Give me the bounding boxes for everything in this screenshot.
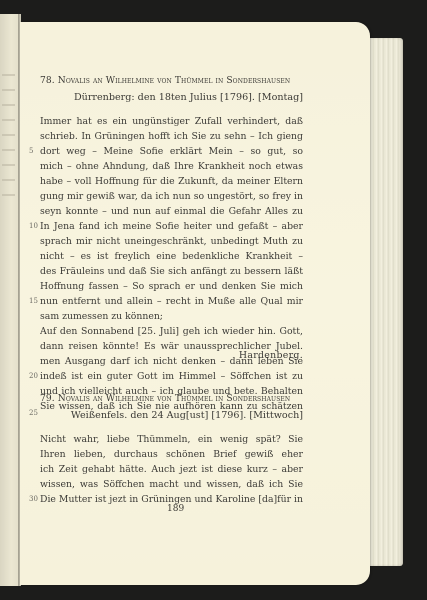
line-text: schrieb. In Grüningen hofft ich Sie zu s… — [40, 129, 303, 144]
text-line: Hoffnung fassen – So sprach er und denke… — [40, 279, 303, 294]
line-number: 5 — [29, 144, 33, 159]
line-text: wissen, was Söffchen macht und wissen, d… — [40, 477, 303, 492]
text-line: sprach mir nicht uneingeschränkt, unbedi… — [40, 234, 303, 249]
line-text: Auf den Sonnabend [25. Juli] geh ich wie… — [40, 324, 303, 339]
facing-page-edge — [0, 14, 19, 586]
text-line: wissen, was Söffchen macht und wissen, d… — [40, 477, 303, 492]
line-text: In Jena fand ich meine Sofie heiter und … — [40, 219, 303, 234]
line-text: des Fräuleins und daß Sie sich anfängt z… — [40, 264, 303, 279]
letter-number: 79. — [40, 394, 55, 404]
text-line: 20indeß ist ein guter Gott im Himmel – S… — [40, 369, 303, 384]
text-line: nicht – es ist freylich eine bedenkliche… — [40, 249, 303, 264]
line-text: Ihren lieben, durchaus schönen Brief gew… — [40, 447, 303, 462]
letter-heading-79: 79. Novalis an Wilhelmine von Thümmel in… — [40, 394, 290, 404]
line-text: nun entfernt und allein – recht in Muße … — [40, 294, 303, 309]
text-line: des Fräuleins und daß Sie sich anfängt z… — [40, 264, 303, 279]
line-text: sprach mir nicht uneingeschränkt, unbedi… — [40, 234, 303, 249]
dateline-79: Weißenfels. den 24 Aug[ust] [1796]. [Mit… — [71, 410, 303, 421]
text-line: Auf den Sonnabend [25. Juli] geh ich wie… — [40, 324, 303, 339]
line-text: mich – ohne Ahndung, daß Ihre Krankheit … — [40, 159, 303, 174]
line-text: sam zumessen zu können; — [40, 309, 303, 324]
signature: Hardenberg. — [239, 350, 303, 361]
line-text: ich Zeit gehabt hätte. Auch jezt ist die… — [40, 462, 303, 477]
text-line: Ihren lieben, durchaus schönen Brief gew… — [40, 447, 303, 462]
text-line: ich Zeit gehabt hätte. Auch jezt ist die… — [40, 462, 303, 477]
ghost-text — [2, 164, 15, 166]
letter-heading-78: 78. Novalis an Wilhelmine von Thümmel in… — [40, 76, 290, 86]
letter-title: Novalis an Wilhelmine von Thümmel in Son… — [58, 394, 290, 404]
line-text: seyn konnte – und nun auf einmal die Gef… — [40, 204, 303, 219]
text-line: Immer hat es ein ungünstiger Zufall verh… — [40, 114, 303, 129]
letter-title: Novalis an Wilhelmine von Thümmel in Son… — [58, 76, 290, 86]
text-line: schrieb. In Grüningen hofft ich Sie zu s… — [40, 129, 303, 144]
letter-79-body: Nicht wahr, liebe Thümmeln, ein wenig sp… — [40, 432, 303, 507]
line-text: gung mir gewiß war, da ich nun so ungest… — [40, 189, 303, 204]
dateline-78: Dürrenberg: den 18ten Julius [1796]. [Mo… — [74, 92, 303, 103]
line-text: Hoffnung fassen – So sprach er und denke… — [40, 279, 303, 294]
letter-78-body: Immer hat es ein ungünstiger Zufall verh… — [40, 114, 303, 414]
ghost-text — [2, 134, 15, 136]
text-line: 10In Jena fand ich meine Sofie heiter un… — [40, 219, 303, 234]
line-text: indeß ist ein guter Gott im Himmel – Söf… — [40, 369, 303, 384]
ghost-text — [2, 149, 15, 151]
line-text: Nicht wahr, liebe Thümmeln, ein wenig sp… — [40, 432, 303, 447]
text-line: gung mir gewiß war, da ich nun so ungest… — [40, 189, 303, 204]
ghost-text — [2, 104, 15, 106]
text-line: 15nun entfernt und allein – recht in Muß… — [40, 294, 303, 309]
ghost-text — [2, 119, 15, 121]
ghost-text — [2, 74, 15, 76]
letter-number: 78. — [40, 76, 55, 86]
text-line: 5dort weg – Meine Sofie erklärt Mein – s… — [40, 144, 303, 159]
line-number: 25 — [29, 406, 38, 421]
text-line: habe – voll Hoffnung für die Zukunft, da… — [40, 174, 303, 189]
ghost-text — [2, 194, 15, 196]
ghost-text — [2, 179, 15, 181]
line-number: 20 — [29, 369, 38, 384]
ghost-text — [2, 89, 15, 91]
text-line: mich – ohne Ahndung, daß Ihre Krankheit … — [40, 159, 303, 174]
line-number: 10 — [29, 219, 38, 234]
text-line: seyn konnte – und nun auf einmal die Gef… — [40, 204, 303, 219]
line-text: habe – voll Hoffnung für die Zukunft, da… — [40, 174, 303, 189]
book-page: 78. Novalis an Wilhelmine von Thümmel in… — [20, 22, 370, 585]
line-text: Immer hat es ein ungünstiger Zufall verh… — [40, 114, 303, 129]
line-number: 30 — [29, 492, 38, 507]
text-line: Nicht wahr, liebe Thümmeln, ein wenig sp… — [40, 432, 303, 447]
line-text: nicht – es ist freylich eine bedenkliche… — [40, 249, 303, 264]
page-number: 189 — [167, 504, 184, 514]
text-line: sam zumessen zu können; — [40, 309, 303, 324]
line-text: dort weg – Meine Sofie erklärt Mein – so… — [40, 144, 303, 159]
line-number: 15 — [29, 294, 38, 309]
